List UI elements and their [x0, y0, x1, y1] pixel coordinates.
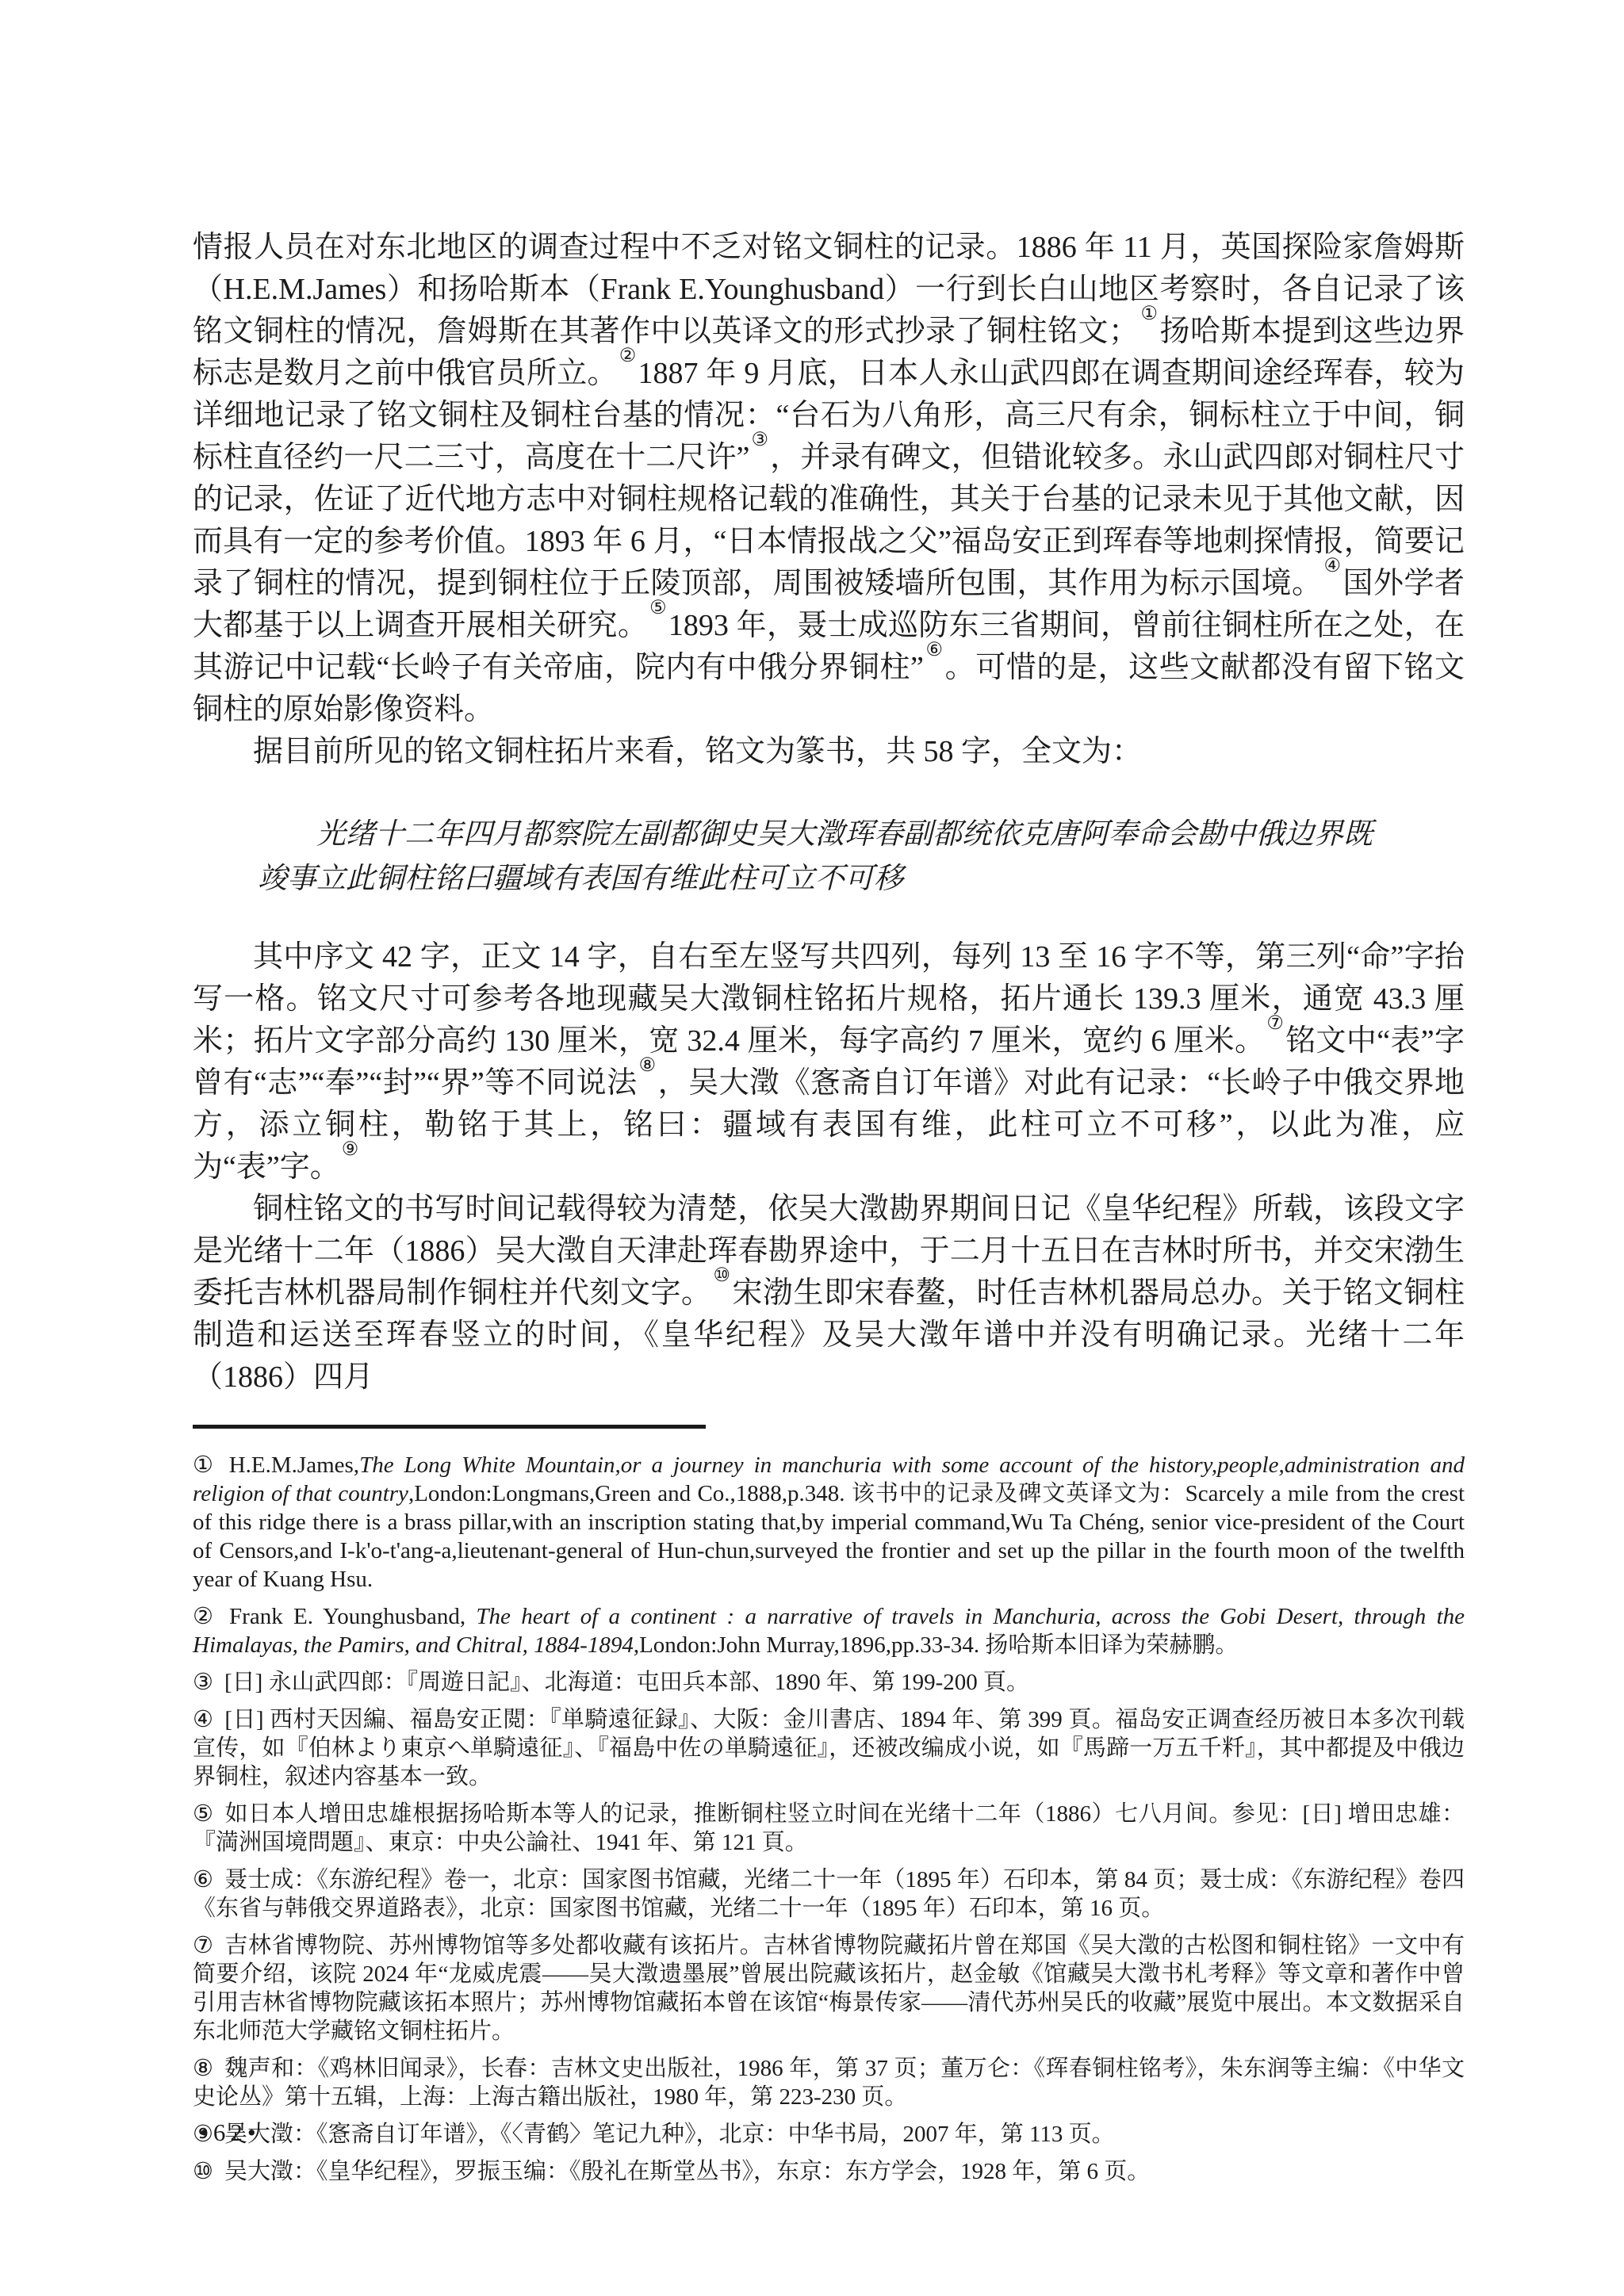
- footnote-marker: ⑧: [193, 2056, 213, 2081]
- footnote-separator: [193, 1425, 706, 1429]
- footnote-marker: ④: [193, 1707, 213, 1732]
- footnote-marker: ③: [193, 1670, 213, 1695]
- text-run: [日] 永山武四郎：『周遊日記』、北海道：屯田兵本部、1890 年、第 199-…: [224, 1670, 1029, 1695]
- quote-line-2: 竣事立此铜柱铭曰疆域有表国有维此柱可立不可移: [258, 857, 1465, 901]
- text-run: 吉林省博物院、苏州博物馆等多处都收藏有该拓片。吉林省博物院藏拓片曾在郑国《吴大澂…: [193, 1933, 1465, 2044]
- journal-page: 情报人员在对东北地区的调查过程中不乏对铭文铜柱的记录。1886 年 11 月，英…: [0, 0, 1624, 2296]
- text-run: 如日本人增田忠雄根据扬哈斯本等人的记录，推断铜柱竖立时间在光绪十二年（1886）…: [193, 1801, 1465, 1855]
- text-run: 吴大澂：《愙斋自订年谱》，《〈青鹤〉笔记九种》，北京：中华书局，2007 年，第…: [224, 2122, 1115, 2147]
- text-run: [日] 西村天因編、福島安正閲：『単騎遠征録』、大阪：金川書店、1894 年、第…: [193, 1707, 1465, 1789]
- footnote-8: ⑧魏声和：《鸡林旧闻录》，长春：吉林文史出版社，1986 年，第 37 页；董万…: [193, 2054, 1465, 2111]
- footnote-ref-1: ①: [1139, 304, 1160, 324]
- footnote-5: ⑤如日本人增田忠雄根据扬哈斯本等人的记录，推断铜柱竖立时间在光绪十二年（1886…: [193, 1800, 1465, 1857]
- footnote-6: ⑥聂士成：《东游纪程》卷一，北京：国家图书馆藏，光绪二十一年（1895 年）石印…: [193, 1865, 1465, 1923]
- footnote-3: ③[日] 永山武四郎：『周遊日記』、北海道：屯田兵本部、1890 年、第 199…: [193, 1668, 1465, 1697]
- footnote-marker: ⑤: [193, 1801, 214, 1827]
- footnote-marker: ②: [193, 1604, 218, 1629]
- footnote-ref-6: ⑥: [924, 640, 945, 660]
- footnote-ref-4: ④: [1322, 556, 1342, 576]
- footnote-ref-7: ⑦: [1265, 1013, 1285, 1034]
- footnote-9: ⑨吴大澂：《愙斋自订年谱》，《〈青鹤〉笔记九种》，北京：中华书局，2007 年，…: [193, 2120, 1465, 2149]
- footnote-ref-9: ⑨: [340, 1139, 361, 1160]
- footnote-ref-3: ③: [749, 430, 770, 450]
- paragraph-2: 据目前所见的铭文铜柱拓片来看，铭文为篆书，共 58 字，全文为：: [193, 731, 1465, 773]
- text-run: 其中序文 42 字，正文 14 字，自右至左竖写共四列，每列 13 至 16 字…: [193, 940, 1465, 1058]
- paragraph-4: 铜柱铭文的书写时间记载得较为清楚，依吴大澂勘界期间日记《皇华纪程》所载，该段文字…: [193, 1188, 1465, 1399]
- footnote-marker: ⑥: [193, 1867, 213, 1892]
- footnote-1: ①H.E.M.James,The Long White Mountain,or …: [193, 1451, 1465, 1594]
- footnote-7: ⑦吉林省博物院、苏州博物馆等多处都收藏有该拓片。吉林省博物院藏拓片曾在郑国《吴大…: [193, 1931, 1465, 2045]
- footnote-marker: ⑦: [193, 1933, 214, 1958]
- paragraph-3: 其中序文 42 字，正文 14 字，自右至左竖写共四列，每列 13 至 16 字…: [193, 936, 1465, 1188]
- footnote-2: ②Frank E. Younghusband, The heart of a c…: [193, 1602, 1465, 1659]
- text-run: 据目前所见的铭文铜柱拓片来看，铭文为篆书，共 58 字，全文为：: [253, 735, 1142, 768]
- footnote-marker: ⑩: [193, 2159, 213, 2184]
- footnote-marker: ①: [193, 1452, 218, 1478]
- article-body: 情报人员在对东北地区的调查过程中不乏对铭文铜柱的记录。1886 年 11 月，英…: [193, 227, 1465, 2195]
- block-quote-inscription: 光绪十二年四月都察院左副都御史吴大澂珲春副都统依克唐阿奉命会勘中俄边界既 竣事立…: [258, 813, 1465, 901]
- text-run: H.E.M.James,: [229, 1452, 359, 1478]
- footnote-ref-8: ⑧: [638, 1055, 658, 1076]
- text-run: ,London:John Murray,1896,pp.33-34. 扬哈斯本旧…: [634, 1632, 1239, 1658]
- footnotes-section: ①H.E.M.James,The Long White Mountain,or …: [193, 1451, 1465, 2186]
- text-run: 魏声和：《鸡林旧闻录》，长春：吉林文史出版社，1986 年，第 37 页；董万仑…: [193, 2056, 1465, 2110]
- footnote-ref-10: ⑩: [711, 1265, 732, 1286]
- text-run: 吴大澂：《皇华纪程》，罗振玉编：《殷礼在斯堂丛书》，东京：东方学会，1928 年…: [224, 2159, 1150, 2184]
- text-run: 聂士成：《东游纪程》卷一，北京：国家图书馆藏，光绪二十一年（1895 年）石印本…: [193, 1867, 1465, 1921]
- page-number: •62•: [200, 2118, 261, 2147]
- footnote-ref-5: ⑤: [648, 598, 668, 618]
- footnote-10: ⑩吴大澂：《皇华纪程》，罗振玉编：《殷礼在斯堂丛书》，东京：东方学会，1928 …: [193, 2157, 1465, 2186]
- paragraph-1: 情报人员在对东北地区的调查过程中不乏对铭文铜柱的记录。1886 年 11 月，英…: [193, 227, 1465, 731]
- text-run: Frank E. Younghusband,: [229, 1604, 476, 1629]
- quote-line-1: 光绪十二年四月都察院左副都御史吴大澂珲春副都统依克唐阿奉命会勘中俄边界既: [258, 813, 1465, 857]
- footnote-4: ④[日] 西村天因編、福島安正閲：『単騎遠征録』、大阪：金川書店、1894 年、…: [193, 1705, 1465, 1791]
- footnote-ref-2: ②: [618, 346, 638, 366]
